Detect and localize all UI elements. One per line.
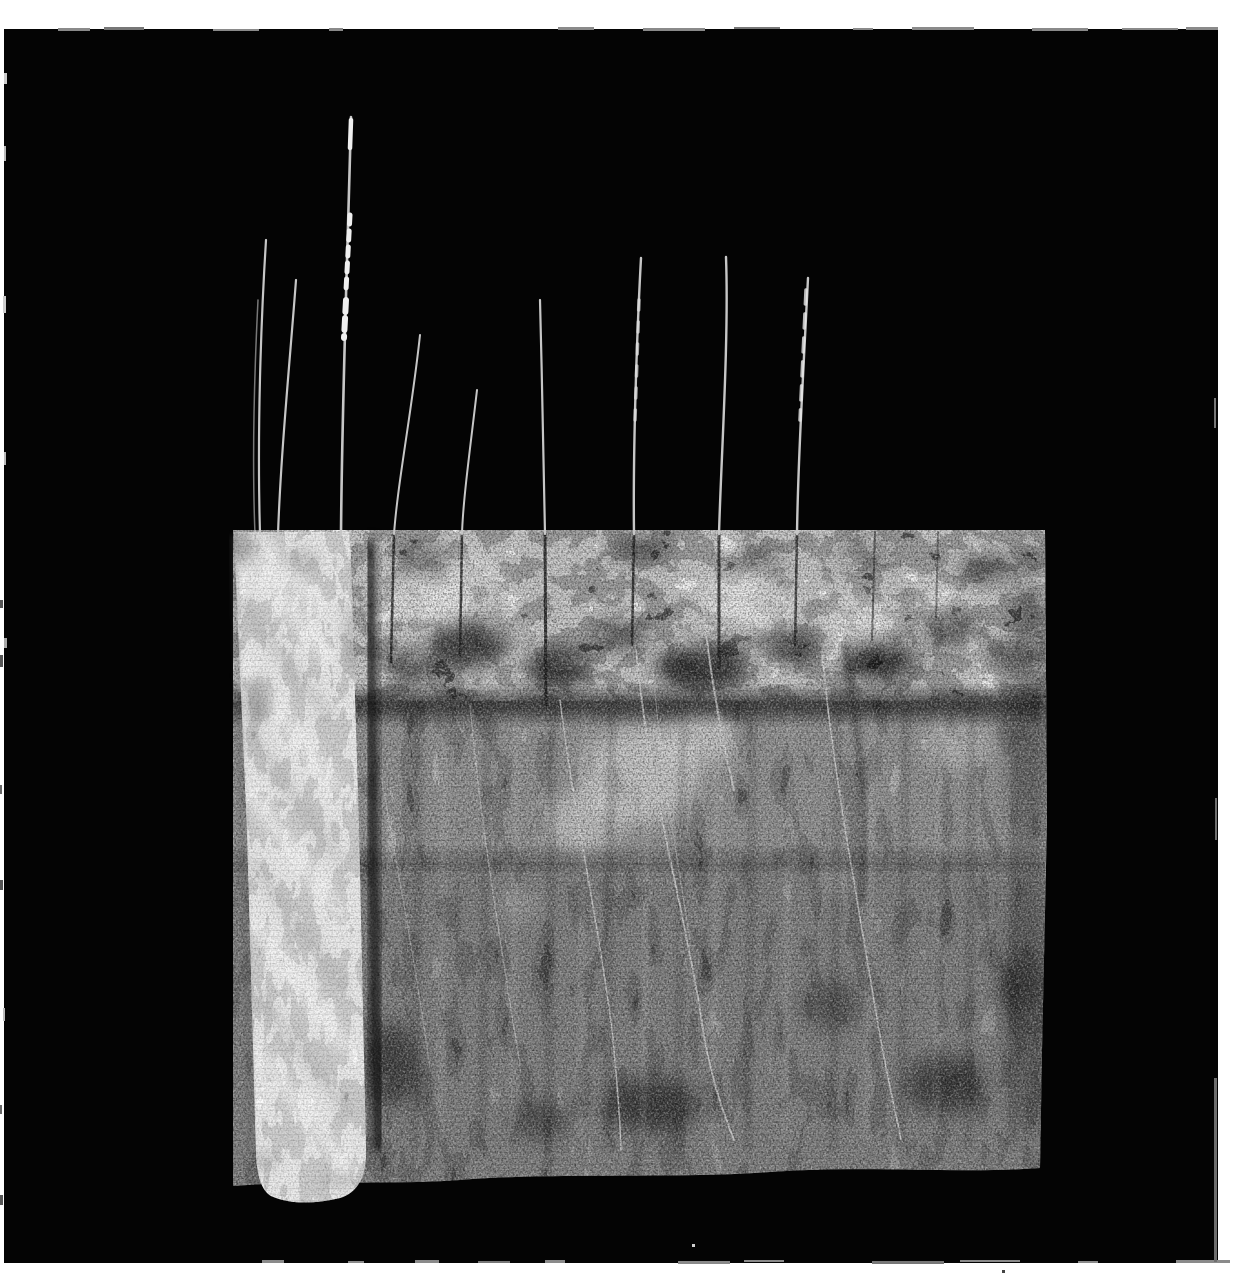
edge-artifact xyxy=(0,600,3,608)
edge-artifact xyxy=(4,452,6,465)
edge-artifact xyxy=(1214,1078,1217,1262)
edge-artifact xyxy=(0,880,3,890)
edge-artifact xyxy=(1078,1261,1098,1263)
edge-artifact xyxy=(0,785,2,794)
edge-artifact xyxy=(415,1260,439,1263)
edge-artifact xyxy=(1122,28,1178,30)
edge-artifact xyxy=(348,1261,364,1263)
paper-speck xyxy=(692,1244,695,1247)
edge-artifact xyxy=(545,1260,565,1263)
edge-artifact xyxy=(912,27,974,30)
edge-artifact xyxy=(3,296,6,313)
edge-artifact xyxy=(960,1260,1020,1262)
edge-artifact xyxy=(213,29,259,31)
edge-artifact xyxy=(1186,27,1218,30)
paper-speck xyxy=(1002,1270,1005,1273)
edge-artifact xyxy=(4,73,7,84)
edge-artifact xyxy=(1176,1260,1230,1263)
edge-artifact xyxy=(0,1105,2,1114)
edge-artifact xyxy=(643,28,705,31)
edge-artifact xyxy=(478,1261,510,1263)
edge-artifact xyxy=(58,28,90,31)
edge-artifact xyxy=(262,1260,284,1263)
edge-artifact xyxy=(853,28,873,30)
edge-artifact xyxy=(1215,798,1217,840)
edge-artifact xyxy=(1032,28,1088,31)
edge-artifact xyxy=(4,638,7,648)
stem-seed-head xyxy=(344,300,346,338)
edge-artifact xyxy=(744,1260,784,1262)
edge-artifact xyxy=(1214,398,1216,428)
edge-artifact xyxy=(4,146,6,161)
edge-artifact xyxy=(678,1261,730,1264)
paper-page xyxy=(0,0,1240,1276)
edge-artifact xyxy=(0,655,3,667)
edge-artifact xyxy=(0,1195,3,1205)
photograph xyxy=(0,0,1240,1276)
edge-artifact xyxy=(3,1008,5,1021)
edge-artifact xyxy=(734,27,780,29)
edge-artifact xyxy=(558,27,594,30)
edge-artifact xyxy=(329,28,343,31)
edge-artifact xyxy=(872,1261,944,1264)
edge-artifact xyxy=(104,27,144,30)
stem-seed-head xyxy=(350,120,351,148)
